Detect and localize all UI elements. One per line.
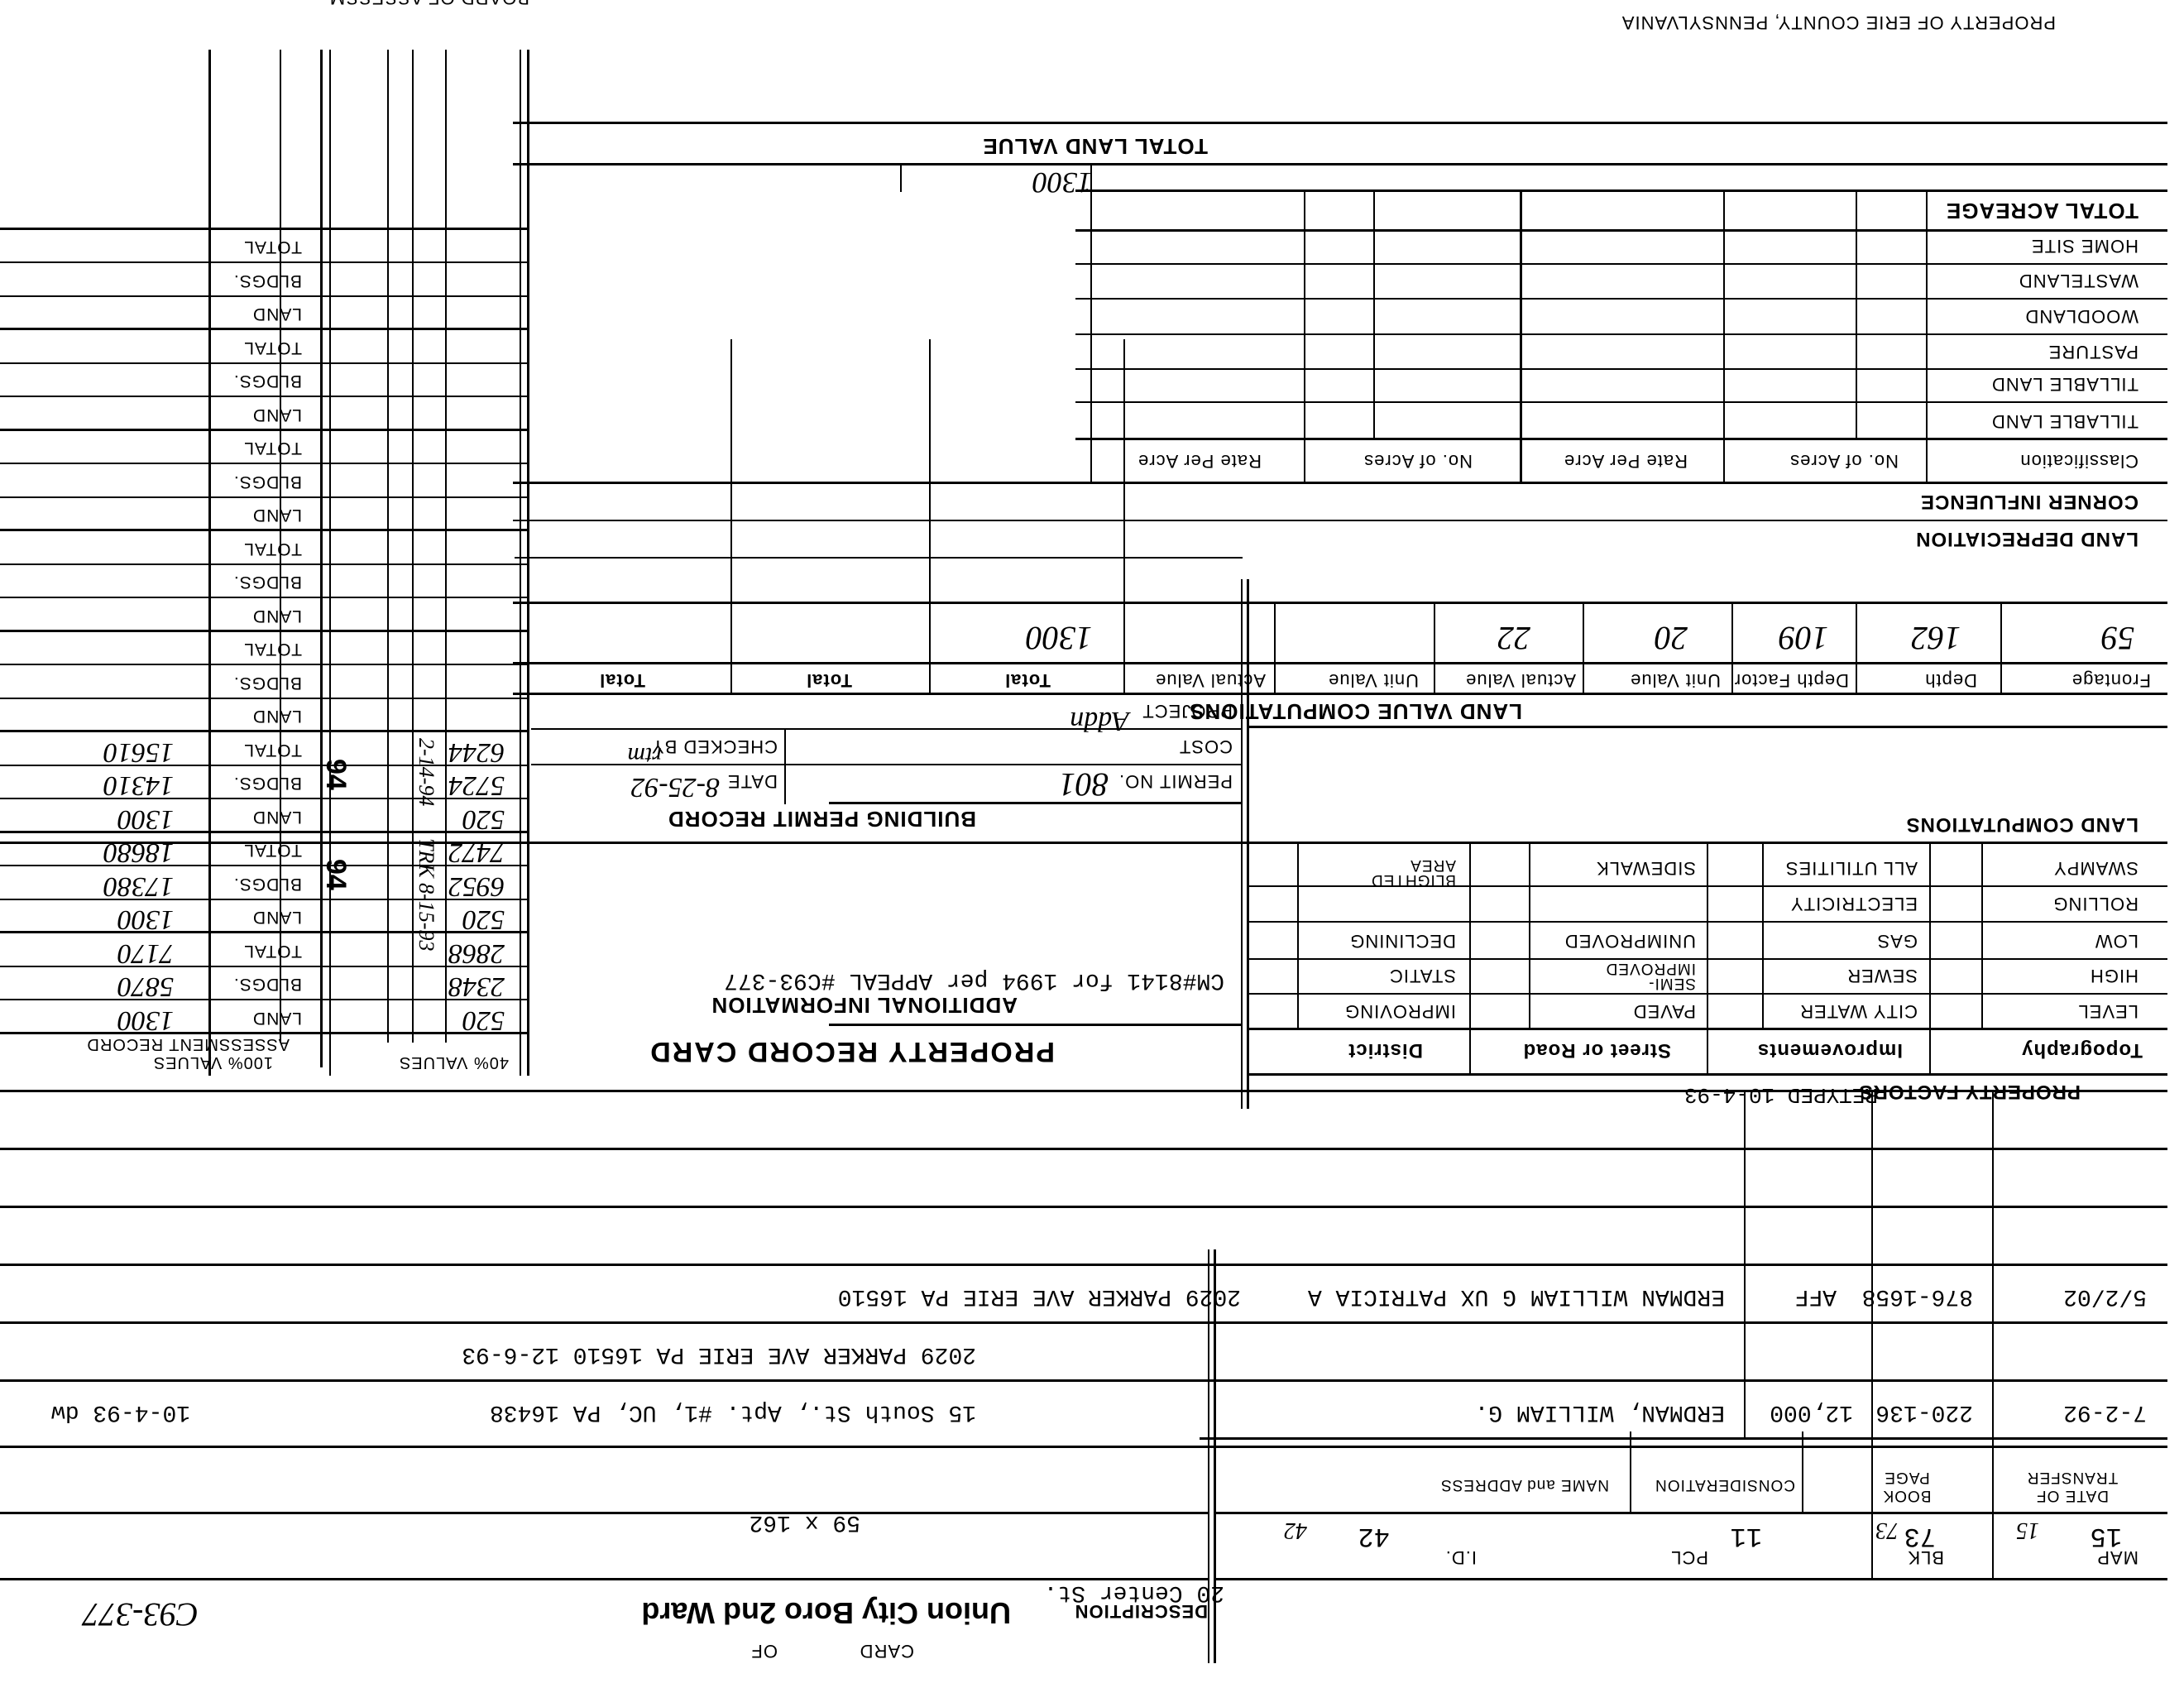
lvc-header-total-2: Total [806, 669, 852, 691]
assessment-40pct-value: 6244 [448, 736, 505, 768]
checked-by-value: rtm [627, 741, 662, 770]
acreage-row-pasture: PASTURE [2048, 341, 2138, 362]
acreage-row-woodland: WOODLAND [2024, 305, 2138, 327]
assessment-row-label: BLDGS. [233, 774, 302, 794]
pcl-value: 11 [1731, 1521, 1762, 1551]
assessment-row-label: TOTAL [243, 841, 302, 861]
lvc-frontage-value: 59 [2101, 619, 2134, 658]
assessment-100pct-value: 14310 [103, 770, 174, 802]
topography-header: Topography [2021, 1038, 2143, 1062]
assessment-100pct-value: 1300 [117, 803, 174, 835]
street-unimproved: UNIMPROVED [1564, 930, 1696, 952]
assessment-row-label: LAND [252, 506, 302, 525]
assessment-100pct-value: 7170 [117, 938, 174, 969]
total-land-value-label: TOTAL LAND VALUE [982, 133, 1208, 159]
street-paved: PAVED [1633, 1000, 1696, 1022]
assessment-100pct-value: 17380 [103, 870, 174, 902]
acreage-row-total: TOTAL ACREAGE [1946, 198, 2138, 223]
assessment-row-label: LAND [252, 707, 302, 727]
transfer-row-3-book-page: 876-1658 [1862, 1283, 1973, 1309]
transfer-row-3-consideration: AFF [1795, 1283, 1837, 1309]
blk-value: 73 [1904, 1521, 1936, 1551]
blk-handwritten: 73 [1875, 1517, 1899, 1543]
assessment-row-label: BLDGS. [233, 673, 302, 693]
improvements-sewer: SEWER [1846, 965, 1918, 986]
assessment-40pct-value: 6952 [448, 870, 505, 902]
assessment-year-stamp: 94 [319, 860, 352, 891]
assessment-row-label: TOTAL [243, 338, 302, 357]
assessment-row-label: TOTAL [243, 539, 302, 559]
lvc-header-unit-value-2: Unit Value [1328, 669, 1419, 691]
map-handwritten: 15 [2016, 1517, 2039, 1543]
transfer-row-1-book-page: 220-136 [1875, 1399, 1973, 1425]
acreage-row-wasteland: WASTELAND [2019, 270, 2138, 291]
map-value: 15 [2091, 1521, 2122, 1551]
street-sidewalk: SIDEWALK [1596, 857, 1696, 879]
assessment-row-label: LAND [252, 405, 302, 424]
col-100-values: 100% VALUES [153, 1053, 273, 1072]
assessment-row-label: BLDGS. [233, 372, 302, 391]
transfer-row-1-name: ERDMAN, WILLIAM G. [1475, 1399, 1725, 1425]
permit-date-label: DATE [727, 770, 778, 792]
id-value: 42 [1358, 1521, 1390, 1551]
additional-info-text: CM#8141 for 1994 per APPEAL #C93-377 [724, 967, 1224, 993]
land-depreciation-label: LAND DEPRECIATION [1915, 527, 2138, 550]
of-label: OF [750, 1640, 778, 1662]
assessment-row-label: LAND [252, 807, 302, 827]
assessment-row-label: BLDGS. [233, 975, 302, 995]
street-road-header: Street or Road [1523, 1038, 1671, 1062]
consideration-header: CONSIDERATION [1655, 1475, 1795, 1494]
building-permit-title: BUILDING PERMIT RECORD [668, 806, 976, 832]
assessment-row-label: TOTAL [243, 237, 302, 257]
transfer-row-1-consideration: 12,000 [1770, 1399, 1853, 1425]
assessment-row-label: BLDGS. [233, 472, 302, 492]
assessment-row-label: TOTAL [243, 439, 302, 458]
assessment-row-label: BLDGS. [233, 874, 302, 894]
lvc-header-actual-value-2: Actual Value [1155, 669, 1266, 691]
description-address: 20 Center St. [1044, 1580, 1224, 1605]
municipality-title: Union City Boro 2nd Ward [641, 1595, 1011, 1630]
assessment-40pct-value: 5724 [448, 770, 505, 802]
assessment-40pct-value: 520 [462, 1005, 505, 1036]
transfer-row-3-address: 2029 PARKER AVE ERIE PA 16510 [838, 1283, 1241, 1309]
improvements-city-water: CITY WATER [1799, 1000, 1918, 1022]
property-of-erie-county: PROPERTY OF ERIE COUNTY, PENNSYLVANIA [1621, 12, 2056, 33]
acreage-header-classification: Classification [2019, 450, 2138, 472]
lvc-unit-value: 20 [1655, 619, 1688, 658]
transfer-row-1-note: 10-4-93 dw [51, 1399, 190, 1425]
transfer-row-1-address: 15 South St., Apt. #1, UC, PA 16438 [490, 1399, 976, 1425]
board-of-assessment: BOARD OF ASSESSM [329, 0, 529, 8]
acreage-row-tillable-2: TILLABLE LAND [1991, 373, 2138, 395]
lvc-depth-value: 162 [1911, 619, 1961, 658]
assessment-row-label: LAND [252, 305, 302, 324]
assessment-row-label: LAND [252, 908, 302, 928]
assessment-40pct-value: 2348 [448, 971, 505, 1003]
assessment-100pct-value: 1300 [117, 1005, 174, 1036]
assessment-year-stamp: 94 [319, 759, 352, 790]
topography-swampy: SWAMPY [2053, 857, 2138, 879]
assessment-row-label: LAND [252, 1008, 302, 1028]
assessment-row-label: LAND [252, 606, 302, 626]
assessment-handwritten-note: 2-14-94 [414, 738, 438, 806]
lvc-header-actual-value-1: Actual Value [1465, 669, 1576, 691]
permit-date-value: 8-25-92 [630, 771, 720, 803]
topography-level: LEVEL [2078, 1000, 2139, 1022]
lvc-header-depth-factor: Depth Factor [1734, 669, 1849, 691]
assessment-100pct-value: 1300 [117, 904, 174, 936]
permit-no-label: PERMIT NO. [1118, 770, 1233, 792]
pcl-label: PCL [1670, 1547, 1708, 1568]
lvc-actual-value: 22 [1497, 619, 1530, 658]
district-declining: DECLINING [1349, 930, 1456, 952]
topography-low: LOW [2095, 930, 2138, 952]
acreage-header-acres-2: No. of Acres [1363, 450, 1473, 472]
improvements-electricity: ELECTRICITY [1790, 893, 1918, 914]
district-static: STATIC [1389, 965, 1456, 986]
assessment-40pct-value: 7472 [448, 837, 505, 869]
assessment-100pct-value: 5870 [117, 971, 174, 1003]
case-number-handwritten: C93-377 [83, 1595, 199, 1634]
permit-no-value: 801 [1059, 765, 1109, 804]
cost-label: COST [1179, 736, 1233, 757]
assessment-40pct-value: 520 [462, 803, 505, 835]
transfer-row-2-address: 2029 PARKER AVE ERIE PA 16510 12-6-93 [462, 1341, 976, 1367]
district-blighted-area: BLIGHTED AREA [1340, 857, 1456, 887]
topography-rolling: ROLLING [2052, 893, 2138, 914]
acreage-row-home-site: HOME SITE [2031, 235, 2138, 257]
lvc-header-unit-value-1: Unit Value [1630, 669, 1721, 691]
acreage-header-rate-1: Rate Per Acre [1564, 450, 1688, 472]
improvements-all-utilities: ALL UTILITIES [1785, 857, 1918, 879]
property-record-card-title: PROPERTY RECORD CARD [649, 1035, 1055, 1067]
assessment-100pct-value: 18680 [103, 837, 174, 869]
lvc-header-total-3: Total [599, 669, 645, 691]
assessment-handwritten-note: TRK 8-15-93 [414, 839, 438, 952]
improvements-header: Improvements [1757, 1038, 1903, 1062]
property-factors-retyped: RETYPED 10-4-93 [1684, 1082, 1878, 1107]
project-value: Addn [1070, 705, 1129, 736]
lvc-total-value: 1300 [1026, 619, 1092, 658]
total-land-value: 1300 [1032, 165, 1092, 200]
date-of-transfer-header: DATE OF TRANSFER [2010, 1468, 2134, 1504]
acreage-header-acres-1: No. of Acres [1789, 450, 1899, 472]
topography-high: HIGH [2090, 965, 2138, 986]
assessment-row-label: BLDGS. [233, 573, 302, 592]
checked-by-label: CHECKED BY [651, 736, 778, 757]
lvc-header-total-1: Total [1004, 669, 1051, 691]
assessment-row-label: TOTAL [243, 640, 302, 659]
card-label: CARD [860, 1640, 914, 1662]
acreage-header-rate-2: Rate Per Acre [1137, 450, 1262, 472]
property-record-card: Union City Boro 2nd Ward CARD OF DESCRIP… [0, 0, 2184, 1688]
property-factors-title: PROPERTY FACTORS [1859, 1080, 2081, 1103]
assessment-row-label: TOTAL [243, 740, 302, 760]
land-computations-title: LAND COMPUTATIONS [1906, 813, 2138, 836]
lvc-header-frontage: Frontage [2071, 669, 2151, 691]
assessment-row-label: TOTAL [243, 941, 302, 961]
acreage-row-tillable-1: TILLABLE LAND [1991, 410, 2138, 432]
street-semi-improved: SEMI-IMPROVED [1613, 961, 1696, 990]
assessment-row-label: BLDGS. [233, 271, 302, 290]
transfer-row-3-name: ERDMAN WILLIAM G UX PATRICIA A [1308, 1283, 1725, 1309]
name-address-header: NAME and ADDRESS [1440, 1475, 1609, 1494]
land-value-computations-title: LAND VALUE COMPUTATIONS [1189, 698, 1522, 724]
col-40-values: 40% VALUES [399, 1053, 509, 1072]
lvc-header-depth: Depth [1924, 669, 1977, 691]
district-header: District [1348, 1038, 1423, 1062]
id-handwritten: 42 [1284, 1517, 1307, 1543]
lvc-depth-factor-value: 109 [1779, 619, 1828, 658]
assessment-40pct-value: 520 [462, 904, 505, 936]
assessment-40pct-value: 2868 [448, 938, 505, 969]
assessment-100pct-value: 15610 [103, 736, 174, 768]
book-page-header: BOOK PAGE [1878, 1468, 1936, 1504]
transfer-row-3-date: 5/2/02 [2063, 1283, 2147, 1309]
transfer-row-1-date: 7-2-92 [2063, 1399, 2147, 1425]
id-label: I.D. [1445, 1547, 1477, 1568]
corner-influence-label: CORNER INFLUENCE [1920, 490, 2138, 513]
additional-info-label: ADDITIONAL INFORMATION [711, 992, 1018, 1018]
assessment-record-title: ASSESSMENT RECORD [86, 1034, 290, 1053]
improvements-gas: GAS [1877, 930, 1918, 952]
district-improving: IMPROVING [1344, 1000, 1456, 1022]
